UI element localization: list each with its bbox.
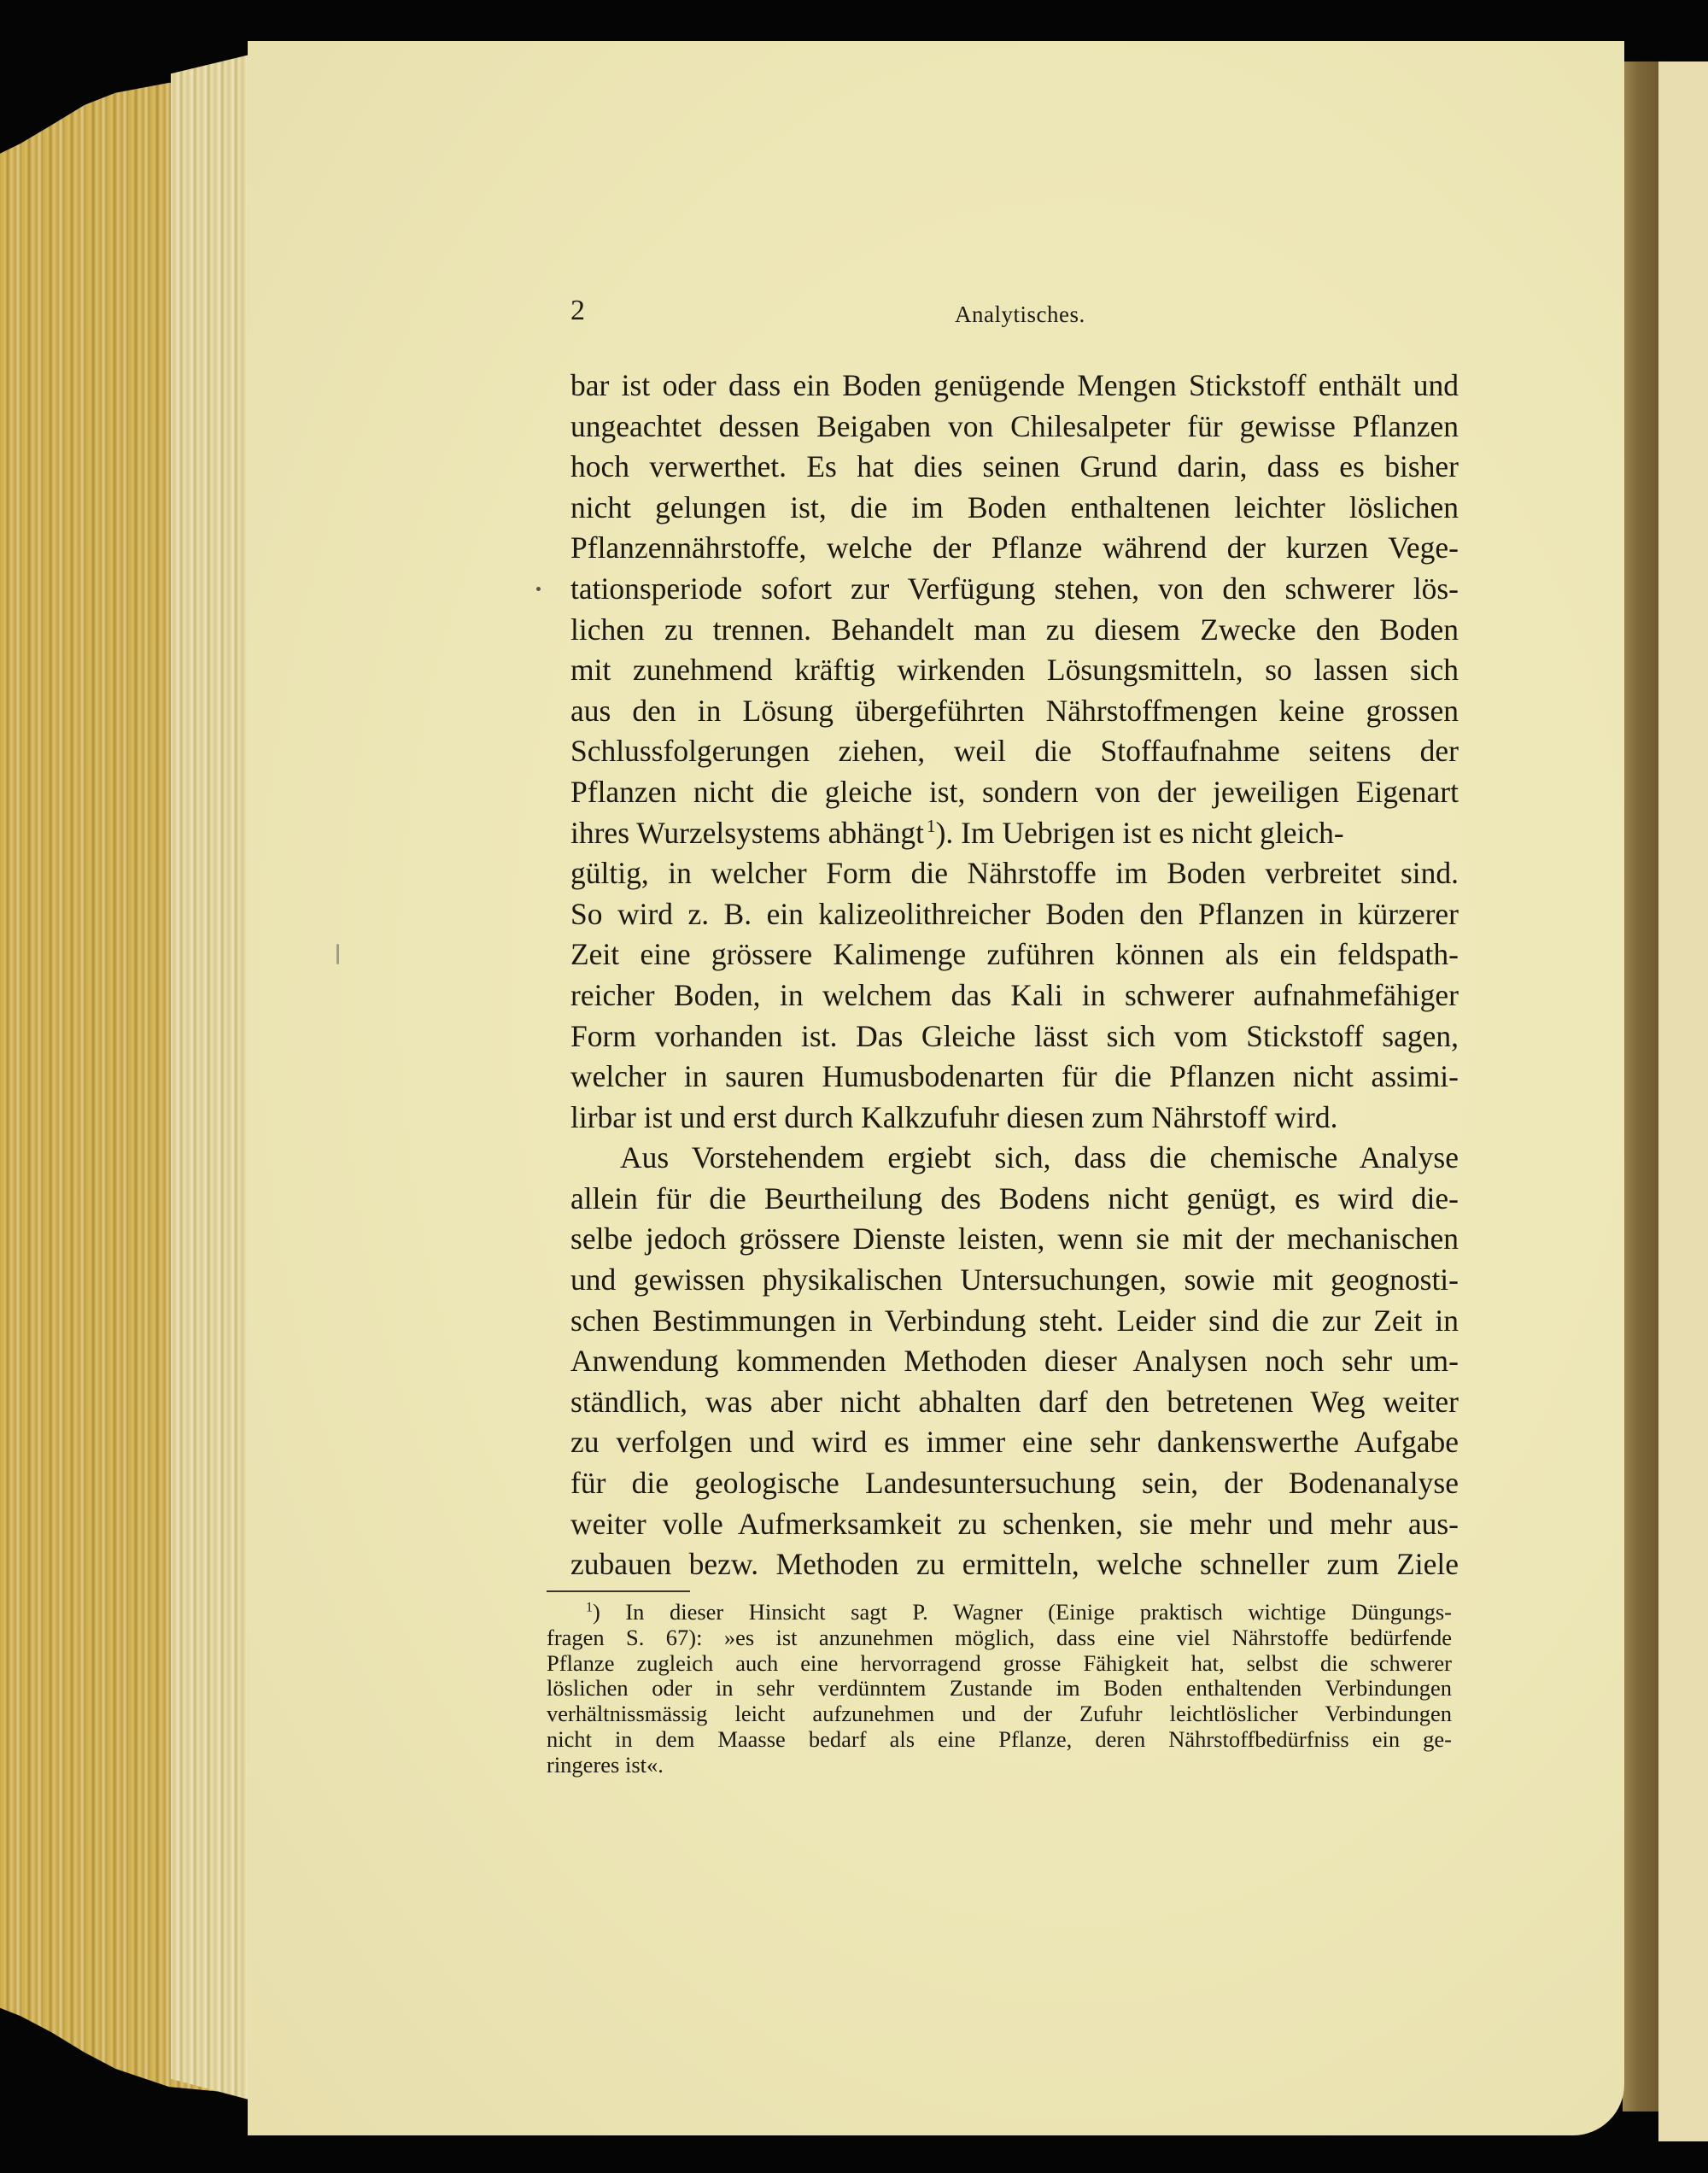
text-line: reicher Boden, in welchem das Kali in sc…: [570, 975, 1459, 1016]
text-line: Schlussfolgerungen ziehen, weil die Stof…: [570, 731, 1459, 772]
text-line: allein für die Beurtheilung des Bodens n…: [570, 1179, 1459, 1220]
facing-page-edge: [1658, 61, 1708, 2141]
text-line: nicht gelungen ist, die im Boden enthalt…: [570, 488, 1459, 529]
text-line: schen Bestimmungen in Verbindung steht. …: [570, 1301, 1459, 1342]
footnote-line: löslichen oder in sehr verdünntem Zustan…: [547, 1676, 1452, 1701]
margin-speck: [536, 587, 541, 591]
text-line: hoch verwerthet. Es hat dies seinen Grun…: [570, 447, 1459, 488]
footnote-line: Pflanze zugleich auch eine hervorragend …: [547, 1651, 1452, 1677]
text-line: für die geologische Landesuntersuchung s…: [570, 1463, 1459, 1504]
text-line: Form vorhanden ist. Das Gleiche lässt si…: [570, 1016, 1459, 1057]
text-line: aus den in Lösung übergeführten Nährstof…: [570, 691, 1459, 732]
text-line: lichen zu trennen. Behandelt man zu dies…: [570, 610, 1459, 651]
stacked-page-edges-inner: [171, 43, 256, 2110]
text-segment: ). Im Uebrigen ist es nicht gleich-: [936, 816, 1344, 850]
text-line: ungeachtet dessen Beigaben von Chilesalp…: [570, 407, 1459, 448]
footnote: 1) In dieser Hinsicht sagt P. Wagner (Ei…: [547, 1600, 1452, 1778]
footnote-line: nicht in dem Maasse bedarf als eine Pfla…: [547, 1727, 1452, 1753]
text-line: Zeit eine grössere Kalimenge zuführen kö…: [570, 934, 1459, 975]
page-header: 2 Analytisches.: [570, 295, 1459, 337]
text-line: bar ist oder dass ein Boden genügende Me…: [570, 366, 1459, 407]
text-line: und gewissen physikalischen Untersuchung…: [570, 1260, 1459, 1301]
text-line-with-footnote-ref: ihres Wurzelsystems abhängt 1). Im Uebri…: [570, 813, 1459, 854]
page-number: 2: [570, 295, 585, 327]
footnote-separator: [547, 1590, 690, 1592]
text-line: mit zunehmend kräftig wirkenden Lösungsm…: [570, 650, 1459, 691]
footnote-marker: 1: [586, 1600, 593, 1614]
footnote-line: fragen S. 67): »es ist anzunehmen möglic…: [547, 1625, 1452, 1651]
text-line: Pflanzen nicht die gleiche ist, sondern …: [570, 772, 1459, 813]
text-line: ständlich, was aber nicht abhalten darf …: [570, 1382, 1459, 1423]
gutter-shadow: [1623, 61, 1658, 2111]
text-segment: ihres Wurzelsystems abhängt: [570, 816, 924, 850]
text-line: Pflanzennährstoffe, welche der Pflanze w…: [570, 528, 1459, 569]
text-line: weiter volle Aufmerksamkeit zu schenken,…: [570, 1504, 1459, 1545]
text-line: welcher in sauren Humusbodenarten für di…: [570, 1057, 1459, 1098]
footnote-line: ringeres ist«.: [547, 1753, 1452, 1778]
text-line: lirbar ist und erst durch Kalkzufuhr die…: [570, 1098, 1459, 1139]
text-line: zubauen bezw. Methoden zu ermitteln, wel…: [570, 1544, 1459, 1585]
footnote-reference[interactable]: 1: [927, 816, 936, 836]
text-line: zu verfolgen und wird es immer eine sehr…: [570, 1422, 1459, 1463]
running-head: Analytisches.: [955, 302, 1085, 328]
text-segment: ) In dieser Hinsicht sagt P. Wagner (Ein…: [593, 1599, 1452, 1625]
margin-mark: [336, 944, 339, 964]
text-line: So wird z. B. ein kalizeolithreicher Bod…: [570, 894, 1459, 935]
footnote-first-line: 1) In dieser Hinsicht sagt P. Wagner (Ei…: [547, 1600, 1452, 1625]
paragraph-start-line: Aus Vorstehendem ergiebt sich, dass die …: [570, 1138, 1459, 1179]
text-line: Anwendung kommenden Methoden dieser Anal…: [570, 1341, 1459, 1382]
body-text: bar ist oder dass ein Boden genügende Me…: [570, 366, 1459, 1585]
text-line: selbe jedoch grössere Dienste leisten, w…: [570, 1219, 1459, 1260]
text-line: gültig, in welcher Form die Nährstoffe i…: [570, 853, 1459, 894]
footnote-line: verhältnissmässig leicht aufzunehmen und…: [547, 1701, 1452, 1727]
text-line: tationsperiode sofort zur Verfügung steh…: [570, 569, 1459, 610]
